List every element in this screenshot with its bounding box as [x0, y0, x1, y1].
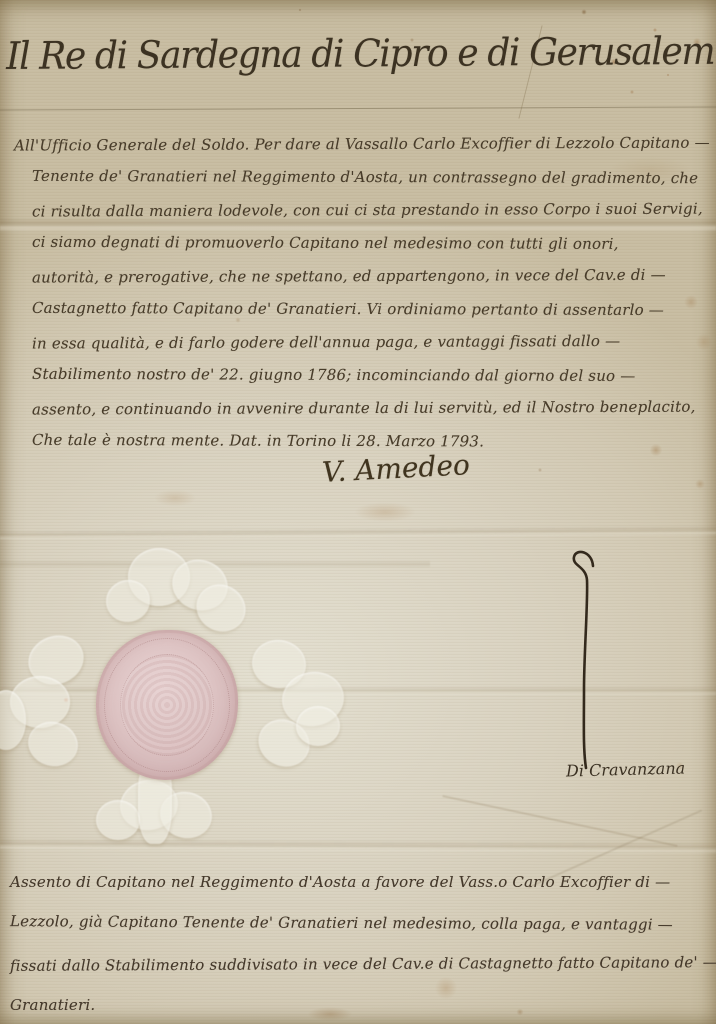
- seal-emboss-texture: [120, 654, 214, 756]
- body-line: in essa qualità, e di farlo godere dell'…: [32, 325, 710, 361]
- crease: [0, 106, 716, 110]
- embossed-petal: [251, 711, 318, 775]
- embossed-petal: [21, 628, 90, 692]
- crease: [0, 838, 716, 854]
- body-line: autorità, e prerogative, che ne spettano…: [32, 259, 710, 295]
- postscript-line: Assento di Capitano nel Reggimento d'Aos…: [10, 862, 710, 903]
- paper-document: Il Re di Sardegna di Cipro e di Gerusale…: [0, 0, 716, 1024]
- body-line: Stabilimento nostro de' 22. giugno 1786;…: [32, 358, 710, 393]
- postscript-line: Granatieri.: [10, 985, 710, 1024]
- body-line: assento, e continuando in avvenire duran…: [32, 391, 710, 427]
- embossed-petal: [10, 676, 70, 728]
- royal-title: Il Re di Sardegna di Cipro e di Gerusale…: [6, 29, 686, 78]
- royal-signature: V. Amedeo: [321, 448, 470, 489]
- pen-flourish: [556, 544, 604, 776]
- embossed-petal: [0, 690, 26, 750]
- body-text: All'Ufficio Generale del Soldo. Per dare…: [14, 128, 710, 458]
- crease: [0, 526, 716, 541]
- postscript-text: Assento di Capitano nel Reggimento d'Aos…: [10, 862, 710, 1024]
- body-line: Castagnetto fatto Capitano de' Granatier…: [32, 292, 710, 327]
- embossed-petal: [128, 548, 190, 606]
- embossed-petal: [165, 552, 235, 618]
- body-line: Tenente de' Granatieri nel Reggimento d'…: [32, 160, 710, 195]
- wax-seal: [96, 630, 238, 780]
- crease: [442, 795, 677, 847]
- embossed-petal: [248, 636, 310, 693]
- embossed-petal: [188, 576, 254, 641]
- postscript-line: Lezzolo, già Capitano Tenente de' Granat…: [10, 901, 710, 946]
- body-line: ci risulta dalla maniera lodevole, con c…: [32, 193, 710, 229]
- crease: [0, 560, 430, 568]
- embossed-petal: [23, 716, 83, 771]
- embossed-petal: [96, 800, 140, 840]
- body-line: All'Ufficio Generale del Soldo. Per dare…: [14, 126, 710, 162]
- embossed-petal: [155, 786, 217, 844]
- embossed-petal: [116, 775, 182, 834]
- postscript-line: fissati dallo Stabilimento suddivisato i…: [10, 942, 710, 987]
- countersignature: Di Cravanzana: [566, 758, 686, 780]
- embossed-petal: [296, 706, 340, 746]
- embossed-petal: [101, 575, 154, 627]
- embossed-petal: [278, 667, 348, 731]
- body-line: ci siamo degnati di promuoverlo Capitano…: [32, 226, 710, 261]
